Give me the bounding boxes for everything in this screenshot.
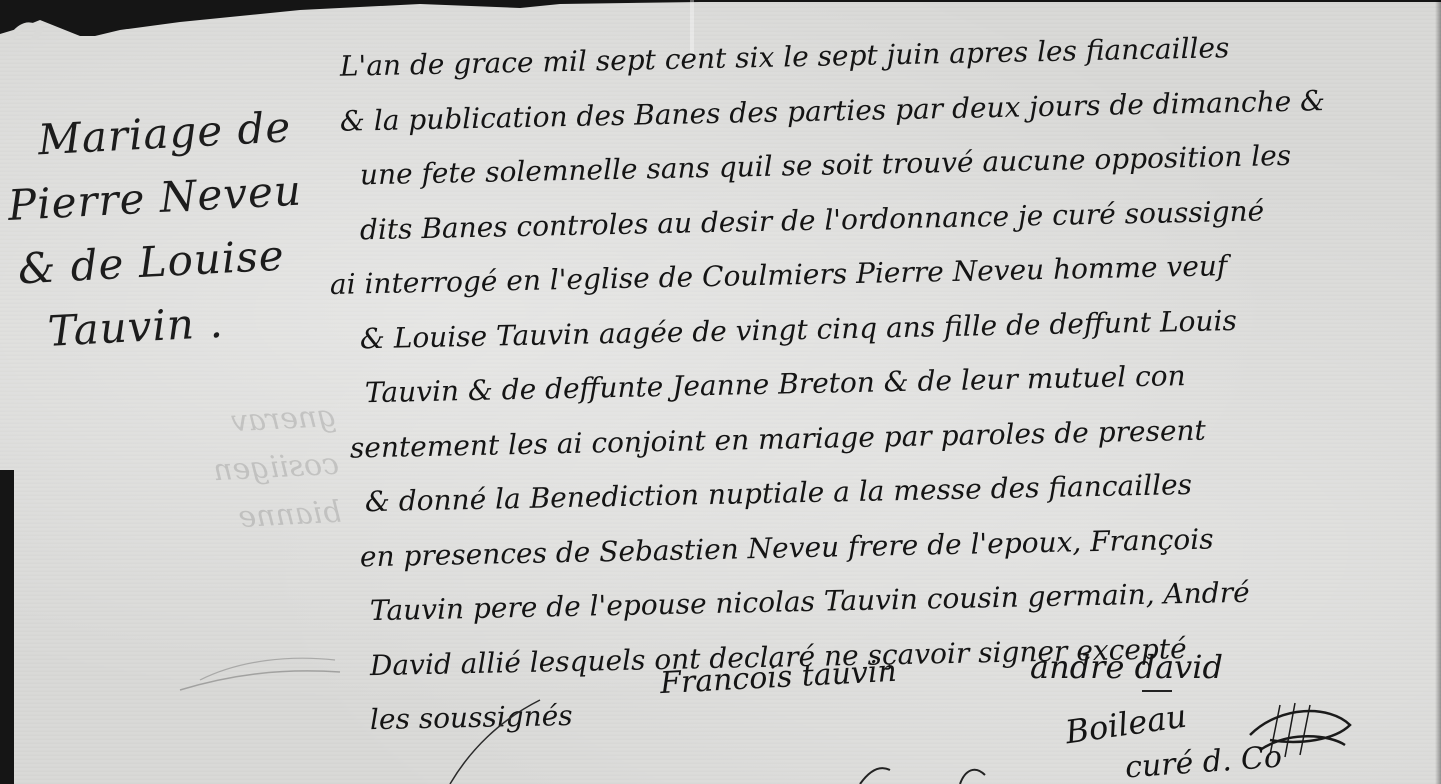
- signature-underline: [1142, 690, 1172, 692]
- signature-cure-name: Boileau: [1063, 697, 1189, 752]
- signatures: Francois tauvin andre david Boileau curé…: [0, 0, 1441, 784]
- register-page: gneravcosiigenbianne Mariage de Pierre N…: [0, 0, 1441, 784]
- signature-francois-tauvin: Francois tauvin: [659, 654, 897, 701]
- signature-cure-title: curé d. Co: [1124, 740, 1283, 784]
- signature-andre-david: andre david: [1030, 648, 1223, 686]
